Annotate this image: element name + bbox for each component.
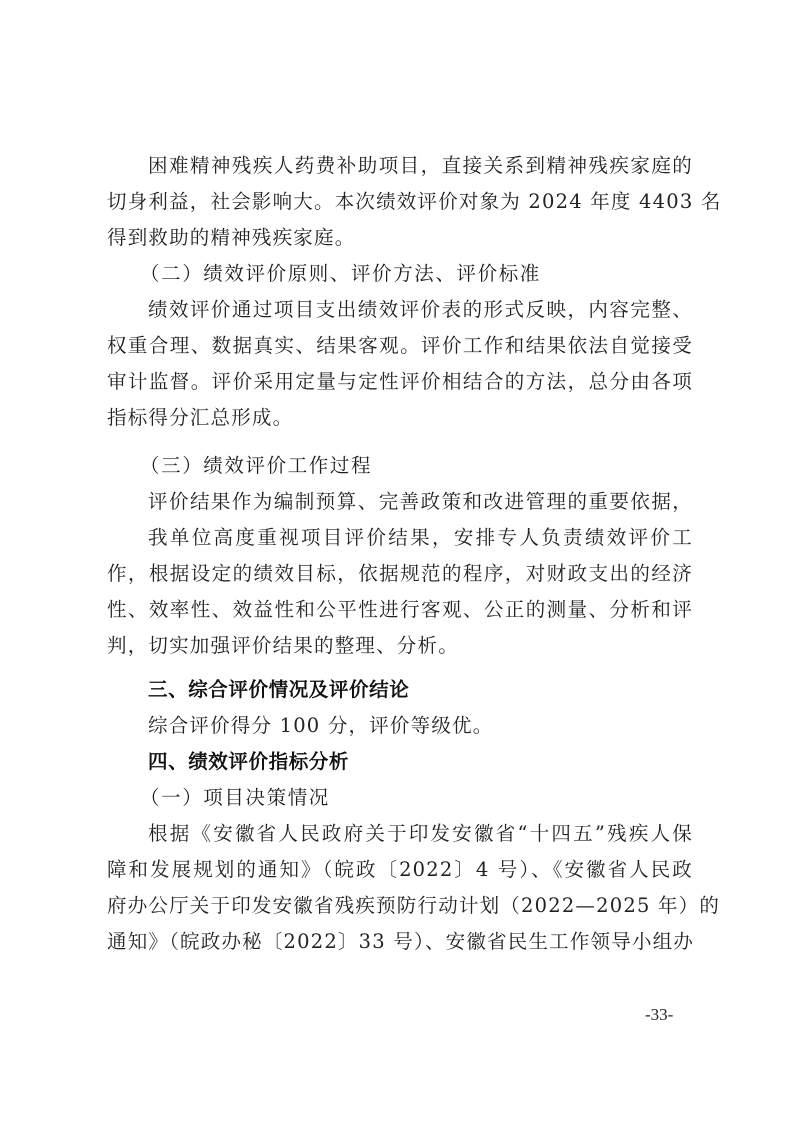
subsection-heading: （一）项目决策情况 bbox=[140, 780, 700, 816]
paragraph-line: 府办公厅关于印发安徽省残疾预防行动计划（2022—2025 年）的 bbox=[107, 888, 693, 924]
document-page: 困难精神残疾人药费补助项目，直接关系到精神残疾家庭的 切身利益，社会影响大。本次… bbox=[0, 0, 793, 1122]
paragraph-line: 作，根据设定的绩效目标，依据规范的程序，对财政支出的经济 bbox=[107, 556, 693, 592]
paragraph-line: 通知》（皖政办秘〔2022〕33 号）、安徽省民生工作领导小组办 bbox=[107, 924, 693, 960]
subsection-heading: （三）绩效评价工作过程 bbox=[140, 448, 700, 484]
paragraph-line: 综合评价得分 100 分，评价等级优。 bbox=[148, 708, 693, 744]
paragraph-line: 绩效评价通过项目支出绩效评价表的形式反映，内容完整、 bbox=[148, 292, 693, 328]
subsection-heading: （二）绩效评价原则、评价方法、评价标准 bbox=[140, 256, 700, 292]
paragraph-line: 指标得分汇总形成。 bbox=[107, 400, 693, 436]
section-heading: 三、综合评价情况及评价结论 bbox=[148, 672, 693, 708]
paragraph-line: 判，切实加强评价结果的整理、分析。 bbox=[107, 628, 693, 664]
paragraph-line: 评价结果作为编制预算、完善政策和改进管理的重要依据， bbox=[148, 484, 693, 520]
paragraph-line: 得到救助的精神残疾家庭。 bbox=[107, 220, 693, 256]
section-heading: 四、绩效评价指标分析 bbox=[148, 744, 693, 780]
paragraph-line: 根据《安徽省人民政府关于印发安徽省“十四五”残疾人保 bbox=[148, 816, 693, 852]
paragraph-line: 审计监督。评价采用定量与定性评价相结合的方法，总分由各项 bbox=[107, 364, 693, 400]
paragraph-line: 我单位高度重视项目评价结果，安排专人负责绩效评价工 bbox=[148, 520, 693, 556]
paragraph-line: 困难精神残疾人药费补助项目，直接关系到精神残疾家庭的 bbox=[148, 148, 693, 184]
page-number: -33- bbox=[645, 1003, 705, 1027]
paragraph-line: 权重合理、数据真实、结果客观。评价工作和结果依法自觉接受 bbox=[107, 328, 693, 364]
paragraph-line: 性、效率性、效益性和公平性进行客观、公正的测量、分析和评 bbox=[107, 592, 693, 628]
paragraph-line: 障和发展规划的通知》（皖政〔2022〕4 号）、《安徽省人民政 bbox=[107, 852, 693, 888]
paragraph-line: 切身利益，社会影响大。本次绩效评价对象为 2024 年度 4403 名 bbox=[107, 184, 693, 220]
